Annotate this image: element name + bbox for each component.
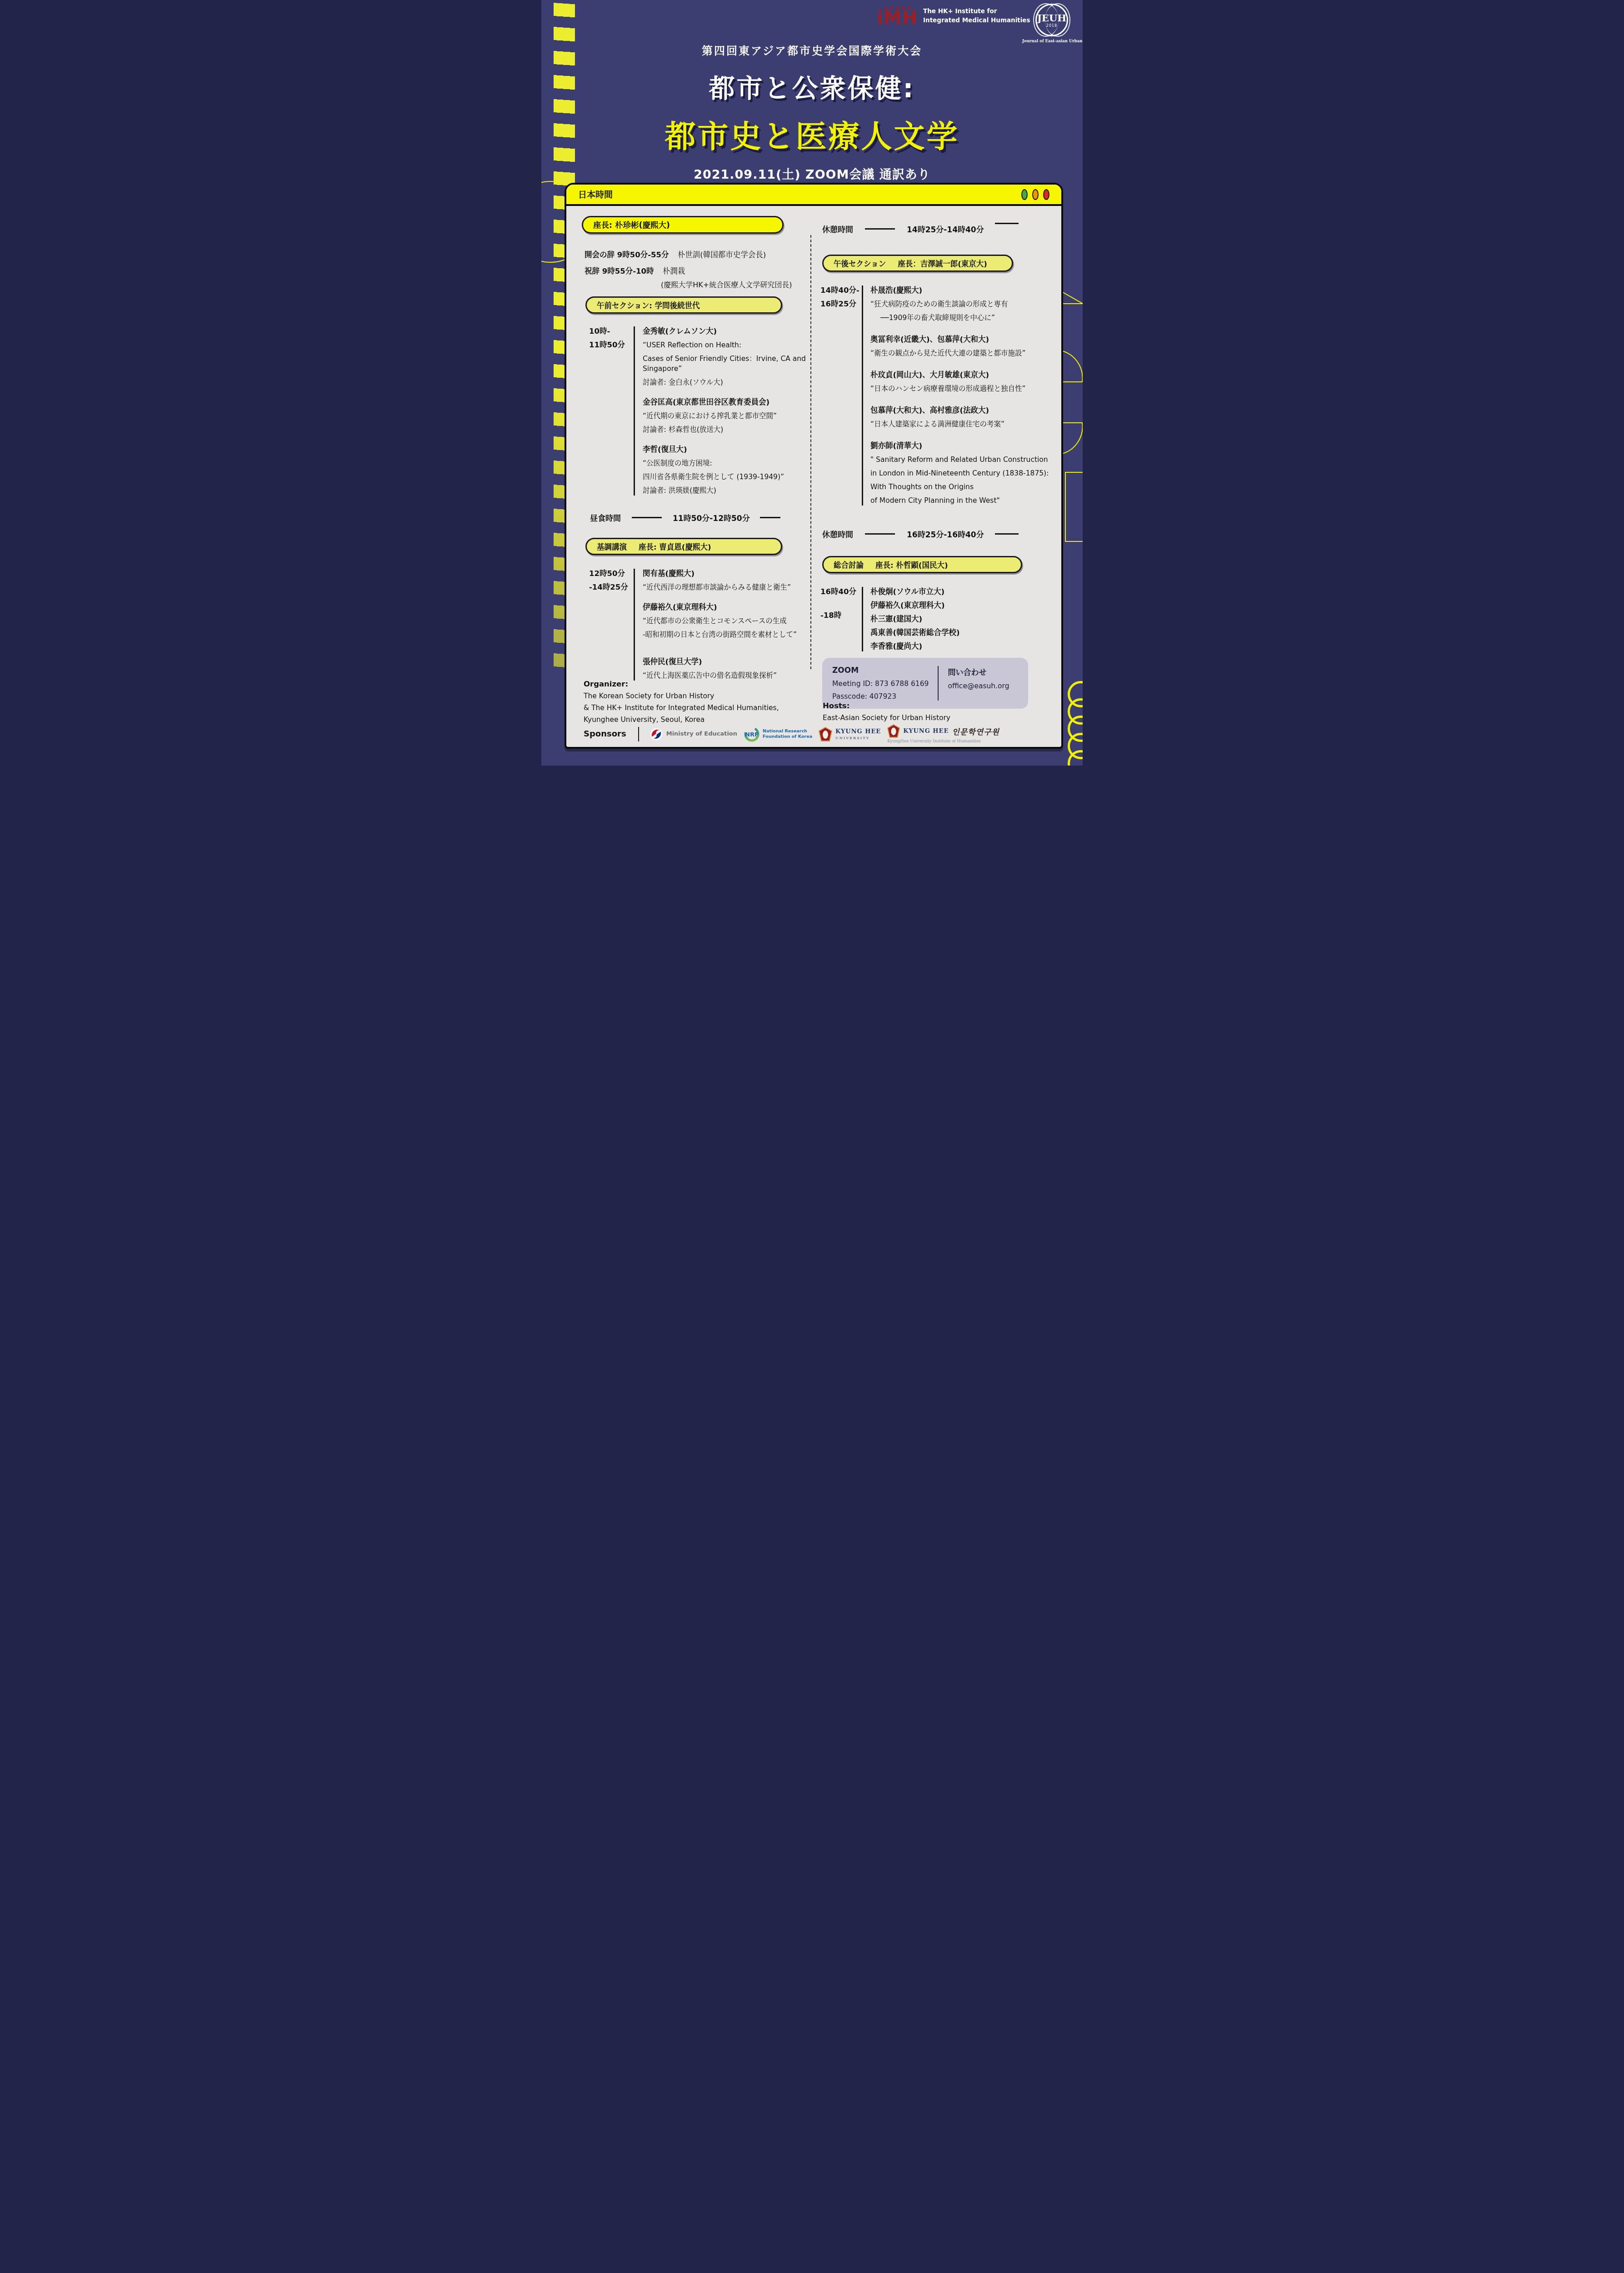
talk-title-line: “日本人建築家による満洲健康住宅の考案” [870,419,1049,429]
imh-logo: iMH The HK+ Institute for Integrated Med… [877,6,1030,26]
right-column: 休憩時間 14時25分-14時40分 午後セクション 座長：吉澤誠一郎(東京大)… [810,206,1049,709]
organizer-line: & The HK+ Institute for Integrated Medic… [584,704,820,712]
discussant-name: 伊藤裕久(東京理科大) [870,601,1049,611]
talk-item: 劉亦師(清華大) " Sanitary Reform and Related U… [870,441,1049,506]
jeuh-logo: JEUH 2018 Journal of East-asian Urban Hi… [1022,4,1081,44]
talk-item: 包慕萍(大和大)、高村雅彦(法政大) “日本人建築家による満洲健康住宅の考案” [870,406,1049,429]
talk-title-line: “近代都市の公衆衛生とコモンスペースの生成 [643,616,810,626]
morning-section-pill: 午前セクション: 学問後続世代 [585,296,782,314]
poster-title-line2: 都市史と医療人文学 [541,112,1083,156]
discussion-pill: 総合討論 座長: 朴哲顕(国民大) [822,556,1022,573]
opening-speaker: 朴世訓(韓国都市史学会長) [678,250,766,259]
talk-speaker: 金秀敏(クレムソン大) [643,326,810,336]
kyung-hee-university-logo: KYUNG HEE UNIVERSITY [819,727,881,741]
discussion-time-start: 16時40分 [820,587,862,597]
chair-pill: 座長: 朴珍彬(慶熙大) [582,216,784,234]
discussant-name: 朴俊炯(ソウル市立大) [870,587,1049,597]
traffic-light-red-icon[interactable] [1043,189,1049,200]
keynote-time-start: 12時50分 [589,569,634,579]
contact-info: 問い合わせ office@easuh.org [948,666,1009,701]
discussant-name: 李香雅(慶尚大) [870,641,1049,651]
hosts-line: East-Asian Society for Urban History [823,714,950,722]
talk-item: 朴玟貞(岡山大)、大月敏雄(東京大) “日本のハンセン病療養環境の形成過程と独自… [870,370,1049,394]
discussion-time-end: -18時 [820,611,862,621]
left-column: 座長: 朴珍彬(慶熙大) 開会の辞 9時50分-55分 朴世訓(韓国都市史学会長… [580,206,810,709]
talk-discussant-line: 討論者: 洪瑛媄(慶熙大) [643,486,810,496]
contact-email[interactable]: office@easuh.org [948,682,1009,690]
dash-line [865,228,895,230]
talk-item: 朴晟浩(慶熙大) “狂犬病防疫のための衛生談論の形成と専有 ──1909年の畜犬… [870,285,1049,323]
talk-title-line: in London in Mid-Nineteenth Century (183… [870,468,1049,478]
morning-time-end: 11時50分 [589,340,634,350]
nrf-label: National Research Foundation of Korea [763,729,812,739]
discussant-name: 禹東善(韓国芸術総合学校) [870,628,1049,638]
contact-title: 問い合わせ [948,666,1009,677]
talk-speaker: 李哲(復旦大) [643,445,810,455]
opening-remarks-row: 開会の辞 9時50分-55分 朴世訓(韓国都市史学会長) [585,250,810,260]
organizer-block: Organizer: The Korean Society for Urban … [584,680,820,724]
dash-line [995,533,1019,535]
keynote-chair-label: 座長: 曺貞恩(慶熙大) [639,541,711,552]
title-block: 第四回東アジア都市史学会国際学術大会 都市と公衆保健: 都市史と医療人文学 20… [541,42,1083,182]
conference-poster: iMH The HK+ Institute for Integrated Med… [541,0,1083,766]
lunch-label: 昼食時間 [590,512,621,523]
talk-title-line: With Thoughts on the Origins [870,482,1049,492]
morning-section-label: 午前セクション: 学問後続世代 [597,300,700,310]
talk-item: 張仲民(復旦大学) “近代上海医薬広告中の借名造假現象探析” [643,657,810,681]
lunch-break-row: 昼食時間 11時50分-12時50分 [590,512,810,523]
talk-speaker: 閔有基(慶熙大) [643,569,810,579]
congrats-affiliation: (慶熙大学HK+統合医療人文学研究団長) [661,280,810,290]
talk-item: 閔有基(慶熙大) “近代西洋の理想都市談論からみる健康と衛生” [643,569,810,592]
imh-institute-line2: Integrated Medical Humanities [923,16,1030,25]
nrf-logo: NRF National Research Foundation of Kore… [744,726,812,742]
jeuh-acronym: JEUH [1037,12,1066,24]
kyung-hee-crest-icon [887,724,900,738]
break1-row: 休憩時間 14時25分-14時40分 [822,223,1049,235]
organizer-line: Kyunghee University, Seoul, Korea [584,716,820,724]
talk-speaker: 金谷匡高(東京都世田谷区教育委員会) [643,397,810,407]
svg-text:NRF: NRF [745,731,759,738]
talk-speaker: 朴玟貞(岡山大)、大月敏雄(東京大) [870,370,1049,380]
break2-label: 休憩時間 [822,528,853,540]
congrats-speaker: 朴潤栽 [663,267,685,275]
triangle-decoration [1062,285,1083,308]
sponsors-label: Sponsors [584,729,626,739]
talk-item: 李哲(復旦大) “公医制度の地方困境: 四川省各県衛生院を例として (1939-… [643,445,810,496]
traffic-light-green-icon[interactable] [1021,189,1028,200]
discussion-session: 16時40分 -18時 朴俊炯(ソウル市立大) 伊藤裕久(東京理科大) 朴三憲(… [820,587,1049,651]
talk-title-line: Cases of Senior Friendly Cities：Irvine, … [643,354,810,374]
imh-logo-text: iMH [877,10,918,26]
afternoon-time-start: 14時40分- [820,285,862,295]
keynote-session: 12時50分 -14時25分 閔有基(慶熙大) “近代西洋の理想都市談論からみる… [589,569,810,681]
afternoon-section-label: 午後セクション [834,258,886,269]
imh-logo-mark: iMH [877,6,918,26]
talk-discussant-line: 討論者: 杉森哲也(放送大) [643,425,810,435]
talk-speaker: 伊藤裕久(東京理科大) [643,602,810,612]
afternoon-chair-label: 座長：吉澤誠一郎(東京大) [898,258,987,269]
zoom-box-divider [938,666,939,701]
talk-title-line: “狂犬病防疫のための衛生談論の形成と専有 [870,299,1049,309]
dash-line [995,223,1019,224]
talk-title-line: of Modern City Planning in the West" [870,496,1049,506]
talk-item: 金秀敏(クレムソン大) “USER Reflection on Health: … [643,326,810,387]
ministry-of-education-logo: Ministry of Education [650,728,737,741]
talk-title-line: “近代期の東京における搾乳業と都市空間” [643,411,810,421]
keynote-time: 12時50分 -14時25分 [589,569,634,681]
arc-decoration [1062,421,1083,456]
chair-pill-label: 座長: 朴珍彬(慶熙大) [593,219,670,230]
keynote-time-end: -14時25分 [589,582,634,592]
zoom-passcode: Passcode: 407923 [832,692,929,701]
event-date-line: 2021.09.11(土) ZOOM会議 通訳あり [541,165,1083,182]
lunch-time: 11時50分-12時50分 [673,512,750,523]
zoom-meeting-id: Meeting ID: 873 6788 6169 [832,680,929,688]
talk-title-line: “USER Reflection on Health: [643,340,810,350]
discussant-name: 朴三憲(建国大) [870,614,1049,624]
kyung-hee-crest-icon [819,727,832,741]
jeuh-globe-icon: JEUH 2018 [1035,4,1068,36]
khih-caption: KyungHee University Institute of Humanit… [887,739,999,744]
rectangle-decoration [1065,472,1083,542]
khih-name: KYUNG HEE [903,728,949,735]
keynote-pill: 基調講演 座長: 曺貞恩(慶熙大) [585,538,782,555]
sponsors-row: Sponsors Ministry of Education [584,724,1052,744]
hosts-block: Hosts: East-Asian Society for Urban Hist… [823,701,950,722]
afternoon-session: 14時40分- 16時25分 朴晟浩(慶熙大) “狂犬病防疫のための衛生談論の形… [820,285,1049,506]
talk-title-line: -昭和初期の日本と台湾の街路空間を素材として” [643,630,810,640]
window-titlebar: 日本時間 [566,185,1061,206]
zoom-title: ZOOM [832,666,929,675]
ministry-of-education-label: Ministry of Education [666,731,737,737]
zoom-credentials: ZOOM Meeting ID: 873 6788 6169 Passcode:… [832,666,929,701]
talk-speaker: 包慕萍(大和大)、高村雅彦(法政大) [870,406,1049,416]
talk-title-line: “公医制度の地方困境: [643,458,810,468]
conference-name: 第四回東アジア都市史学会国際学術大会 [541,42,1083,58]
discussion-time: 16時40分 -18時 [820,587,862,651]
afternoon-time-end: 16時25分 [820,299,862,309]
opening-label: 開会の辞 9時50分-55分 [585,250,669,259]
talk-item: 伊藤裕久(東京理科大) “近代都市の公衆衛生とコモンスペースの生成 -昭和初期の… [643,602,810,640]
khu-name: KYUNG HEE [835,728,881,735]
window-traffic-lights [1021,189,1049,200]
hosts-title: Hosts: [823,701,950,710]
keynote-pill-label: 基調講演 [597,541,627,552]
break1-time: 14時25分-14時40分 [907,223,984,235]
program-window: 日本時間 座長: 朴珍彬(慶熙大) 開会の辞 9時50分-55分 朴世訓(韓国都… [565,183,1063,749]
column-divider [810,235,811,669]
morning-time-start: 10時- [589,326,634,336]
nrf-label-line1: National Research [763,729,812,734]
taegeuk-icon [650,728,663,741]
talk-title-line: " Sanitary Reform and Related Urban Cons… [870,455,1049,465]
dash-line [865,533,895,535]
break2-time: 16時25分-16時40分 [907,528,984,540]
window-content: 座長: 朴珍彬(慶熙大) 開会の辞 9時50分-55分 朴世訓(韓国都市史学会長… [566,206,1061,745]
morning-session: 10時- 11時50分 金秀敏(クレムソン大) “USER Reflection… [589,326,810,496]
talk-speaker: 朴晟浩(慶熙大) [870,285,1049,295]
imh-institute-name: The HK+ Institute for Integrated Medical… [923,7,1030,25]
organizer-title: Organizer: [584,680,820,688]
talk-title-line: “日本のハンセン病療養環境の形成過程と独自性” [870,384,1049,394]
talk-speaker: 劉亦師(清華大) [870,441,1049,451]
timezone-label: 日本時間 [578,188,613,200]
sponsors-divider [638,727,639,741]
traffic-light-orange-icon[interactable] [1032,189,1039,200]
talk-title-line: “近代西洋の理想都市談論からみる健康と衛生” [643,582,810,592]
khu-subtitle: UNIVERSITY [835,736,881,740]
talk-discussant-line: 討論者: 金白永(ソウル大) [643,377,810,387]
discussion-label: 総合討論 [834,559,864,570]
talk-speaker: 張仲民(復旦大学) [643,657,810,667]
morning-time: 10時- 11時50分 [589,326,634,496]
congratulatory-row: 祝辞 9時55分-10時 朴潤栽 [585,266,810,276]
afternoon-time: 14時40分- 16時25分 [820,285,862,506]
break1-label: 休憩時間 [822,223,853,235]
afternoon-section-pill: 午後セクション 座長：吉澤誠一郎(東京大) [822,255,1013,272]
nrf-swoosh-icon: NRF [744,726,760,742]
talk-item: 金谷匡高(東京都世田谷区教育委員会) “近代期の東京における搾乳業と都市空間” … [643,397,810,435]
nrf-label-line2: Foundation of Korea [763,734,812,739]
talk-title-line: 四川省各県衛生院を例として (1939-1949)” [643,472,810,482]
imh-institute-line1: The HK+ Institute for [923,7,1030,16]
discussion-chair-label: 座長: 朴哲顕(国民大) [875,559,948,570]
poster-title-line1: 都市と公衆保健: [541,68,1083,105]
jeuh-caption: Journal of East-asian Urban History [1022,39,1081,44]
dash-line [632,517,662,518]
jeuh-year: 2018 [1046,24,1057,28]
arc-decoration [1062,349,1083,385]
organizer-line: The Korean Society for Urban History [584,692,820,700]
kyung-hee-humanities-logo: KYUNG HEE 인문학연구원 KyungHee University Ins… [887,724,999,744]
talk-speaker: 奥冨利幸(近畿大)、包慕萍(大和大) [870,335,1049,345]
talk-title-line: “衛生の観点から見た近代大連の建築と都市施設” [870,348,1049,358]
talk-title-line: “近代上海医薬広告中の借名造假現象探析” [643,671,810,681]
dash-line [760,517,780,518]
congrats-label: 祝辞 9時55分-10時 [585,267,654,275]
khih-korean-calligraphy: 인문학연구원 [952,726,999,737]
talk-title-line: ──1909年の畜犬取締規則を中心に” [870,313,1049,323]
break2-row: 休憩時間 16時25分-16時40分 [822,528,1049,540]
talk-item: 奥冨利幸(近畿大)、包慕萍(大和大) “衛生の観点から見た近代大連の建築と都市施… [870,335,1049,358]
